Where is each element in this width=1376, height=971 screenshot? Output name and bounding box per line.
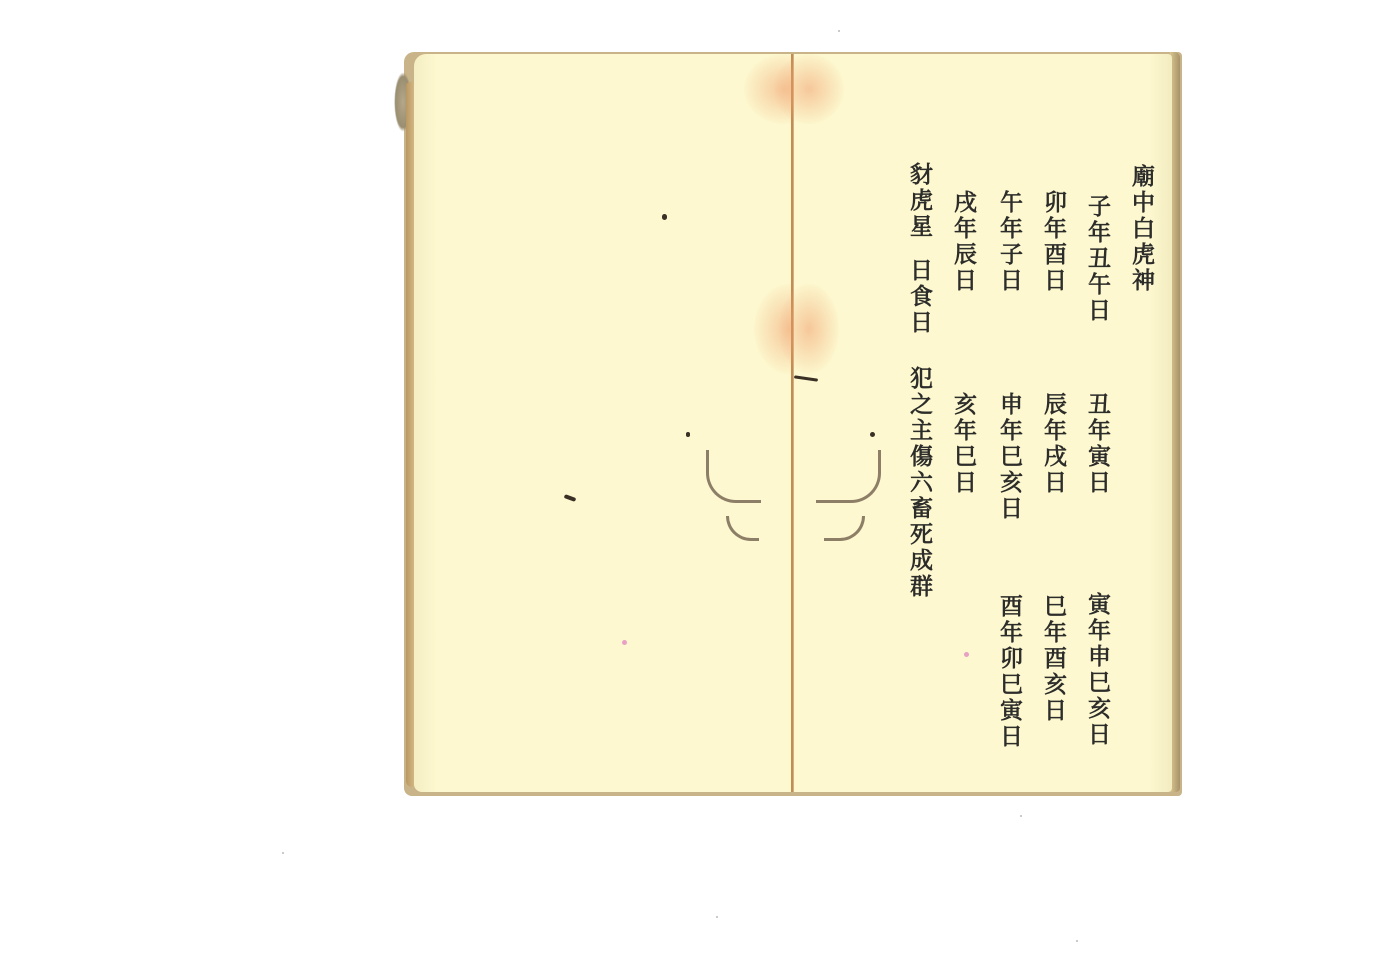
- entry-col2-c: 巳年酉亥日: [1042, 594, 1065, 724]
- entry-col3-a: 午年子日: [998, 190, 1021, 294]
- stain: [779, 284, 839, 374]
- wormhole-trail: [816, 450, 881, 503]
- left-page: [414, 54, 792, 792]
- background-speck: [1020, 815, 1022, 817]
- spine-fold: [791, 54, 793, 792]
- entry-col4-a: 戌年辰日: [952, 190, 975, 294]
- entry-col3-b: 申年巳亥日: [998, 392, 1021, 522]
- ink-dot: [662, 214, 667, 220]
- ink-mark: [564, 494, 577, 502]
- entry-col5-note: 犯之主傷六畜死成群: [908, 366, 931, 600]
- entry-col1-b: 丑年寅日: [1086, 392, 1109, 496]
- background-speck: [838, 30, 840, 32]
- title-column: 廟中白虎神: [1130, 164, 1153, 294]
- entry-col1-c: 寅年申巳亥日: [1086, 592, 1109, 748]
- ink-dot: [686, 432, 690, 437]
- entry-col2-b: 辰年戌日: [1042, 392, 1065, 496]
- right-page: 廟中白虎神 子年丑午日 丑年寅日 寅年申巳亥日 卯年酉日 辰年戌日 巳年酉亥日 …: [794, 54, 1172, 792]
- entry-col1-a: 子年丑午日: [1086, 194, 1109, 324]
- background-speck: [282, 852, 284, 854]
- wormhole-trail: [824, 516, 865, 541]
- background-speck: [716, 916, 718, 918]
- ink-mark: [794, 375, 818, 381]
- entry-col4-b: 亥年巳日: [952, 392, 975, 496]
- entry-col5-date: 日食日: [908, 258, 931, 336]
- wormhole-trail: [706, 450, 761, 503]
- wormhole-trail: [726, 516, 759, 541]
- pink-speck: [964, 652, 969, 657]
- entry-col3-c: 酉年卯巳寅日: [998, 594, 1021, 750]
- entry-col5-star: 豺虎星: [908, 162, 931, 240]
- open-book: 廟中白虎神 子年丑午日 丑年寅日 寅年申巳亥日 卯年酉日 辰年戌日 巳年酉亥日 …: [404, 52, 1182, 796]
- background-speck: [1076, 940, 1078, 942]
- entry-col2-a: 卯年酉日: [1042, 190, 1065, 294]
- ink-dot: [870, 432, 875, 437]
- pink-speck: [622, 640, 627, 645]
- stain: [774, 54, 844, 124]
